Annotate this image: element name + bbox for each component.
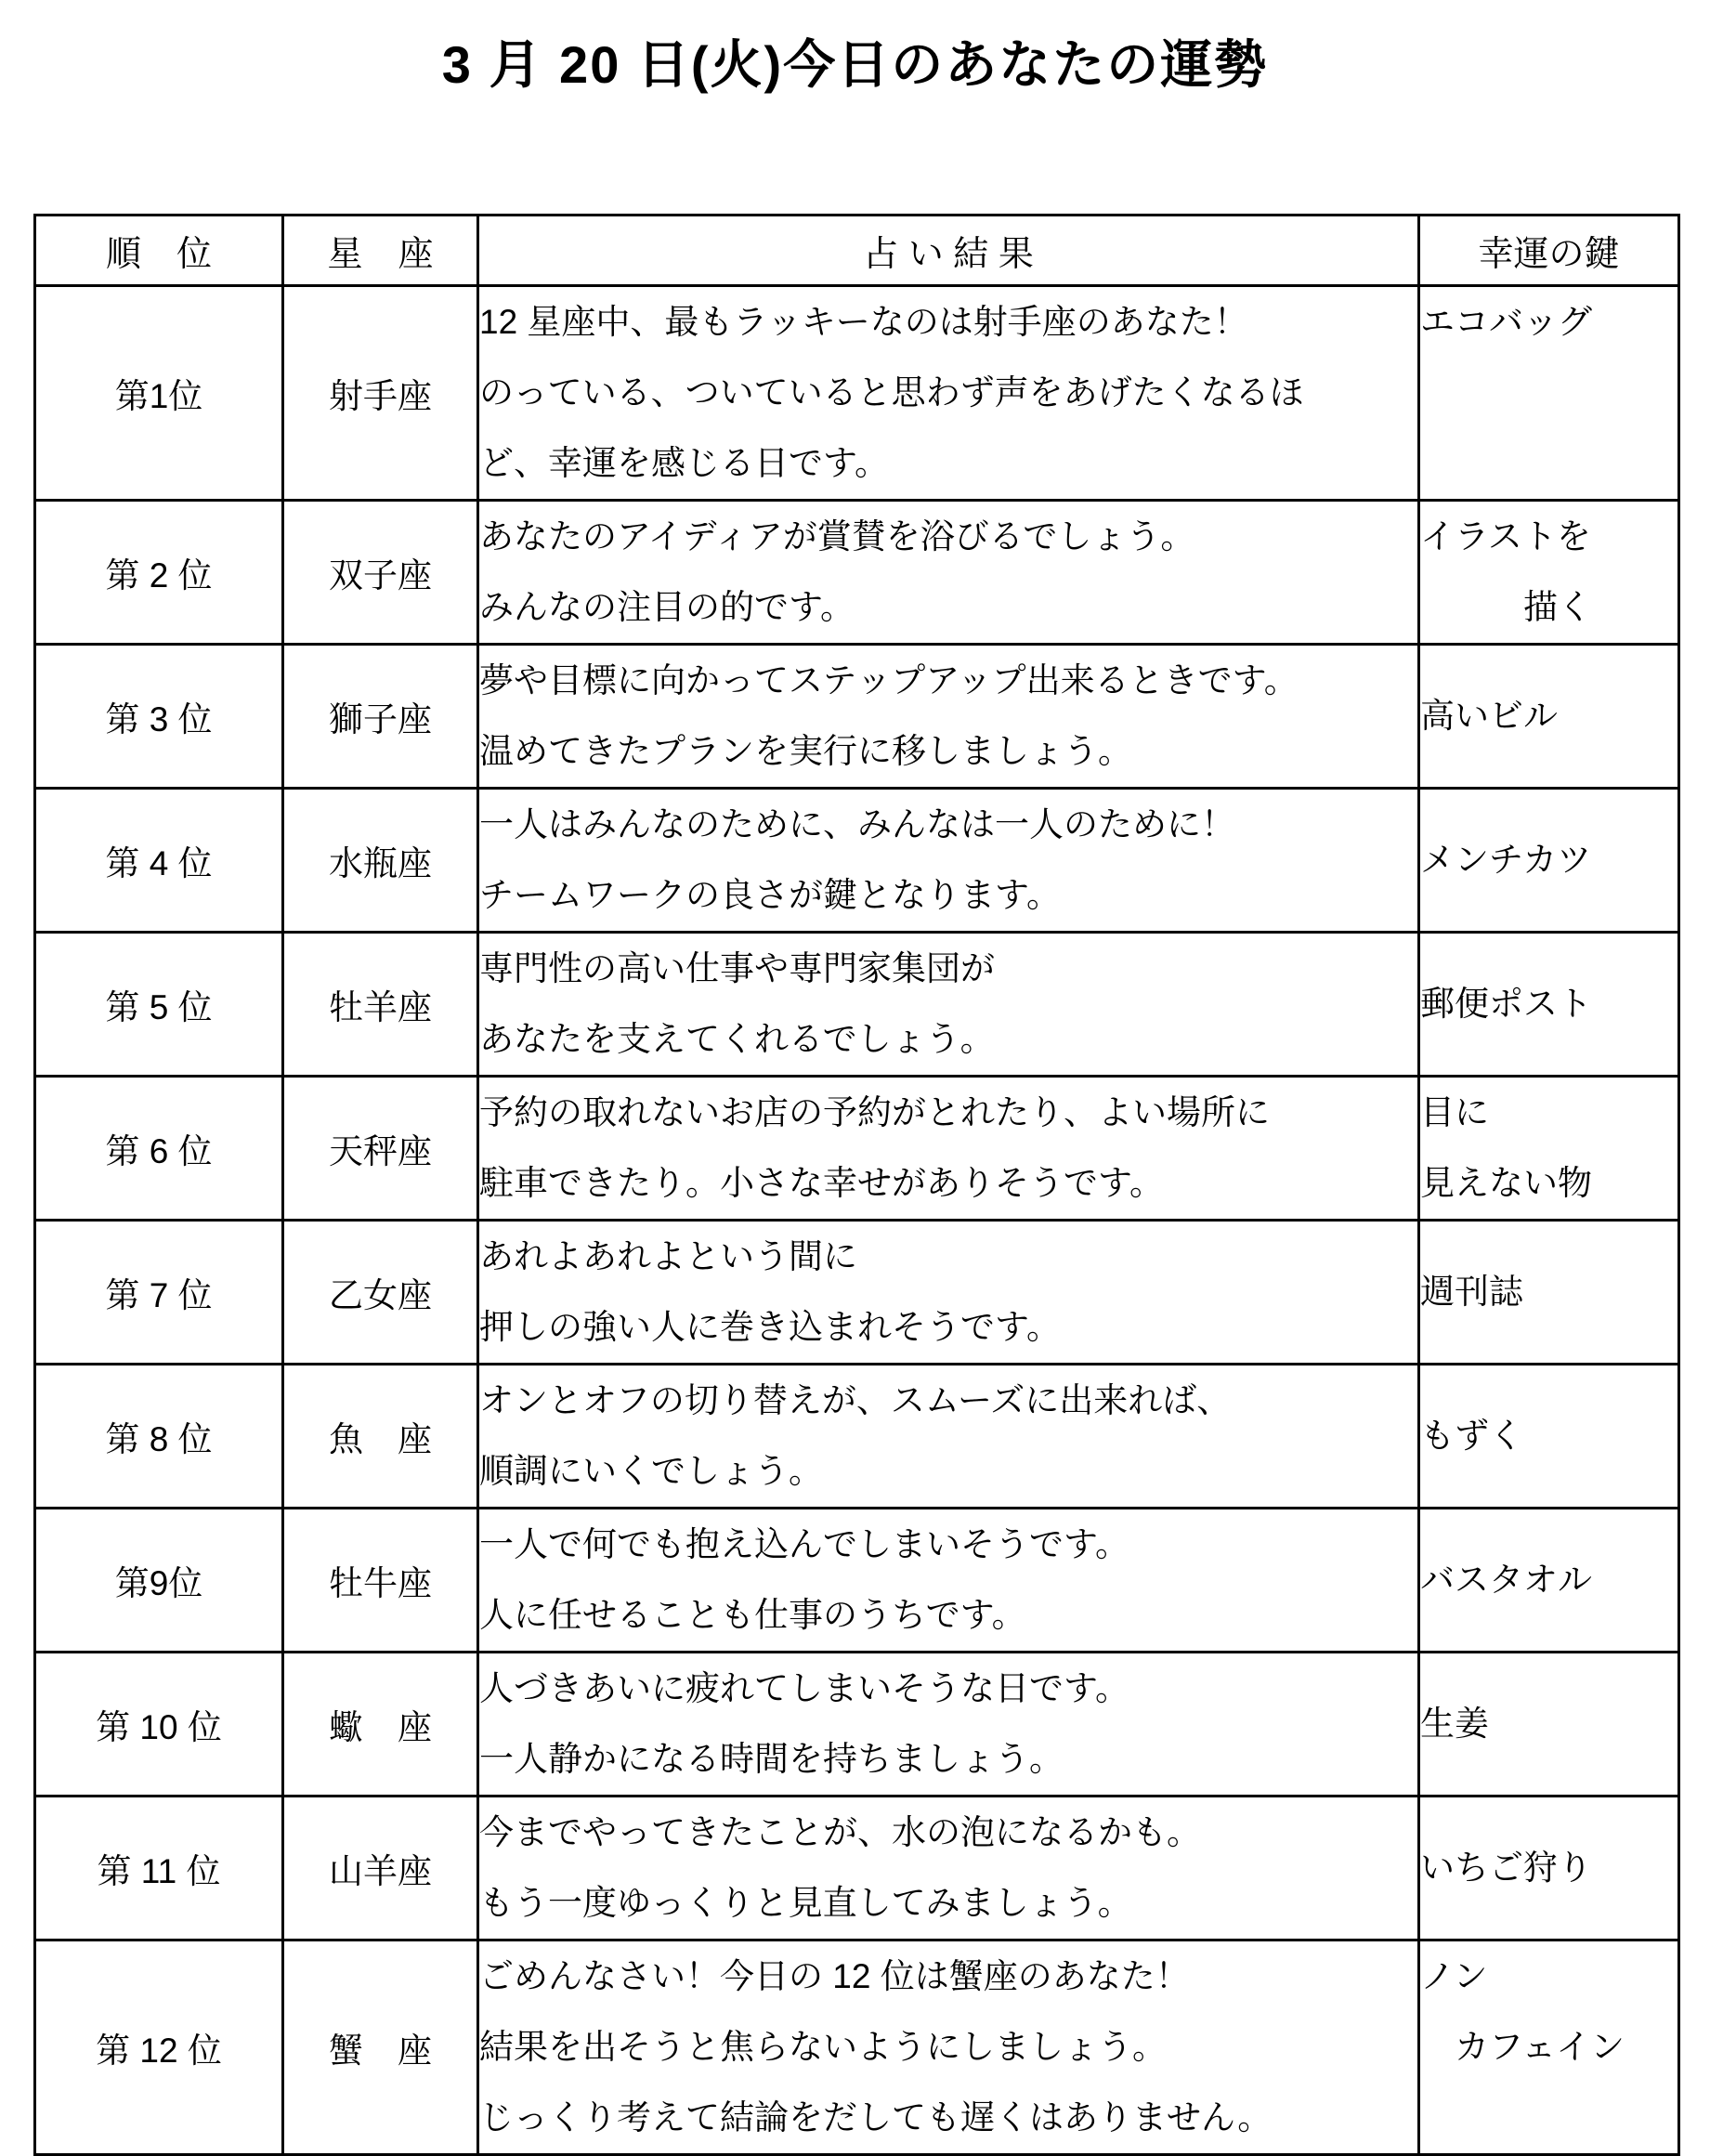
table-row: 第 10 位蠍 座人づきあいに疲れてしまいそうな日です。一人静かになる時間を持ち…	[35, 1653, 1679, 1797]
lucky-key-cell: ノン カフェイン	[1419, 1940, 1679, 2155]
lucky-key-line: 目に	[1420, 1078, 1677, 1148]
table-row: 第 5 位牡羊座専門性の高い仕事や専門家集団があなたを支えてくれるでしょう。郵便…	[35, 933, 1679, 1077]
sign-cell: 天秤座	[283, 1077, 478, 1221]
fortune-line: ごめんなさい！今日の 12 位は蟹座のあなた！	[479, 1941, 1417, 2012]
sign-cell: 蠍 座	[283, 1653, 478, 1797]
rank-cell: 第 3 位	[35, 645, 283, 789]
table-row: 第9位牡牛座一人で何でも抱え込んでしまいそうです。人に任せることも仕事のうちです…	[35, 1509, 1679, 1653]
lucky-key-cell: エコバッグ	[1419, 286, 1679, 501]
rank-cell: 第 4 位	[35, 789, 283, 933]
table-row: 第 4 位水瓶座一人はみんなのために、みんなは一人のために！チームワークの良さが…	[35, 789, 1679, 933]
fortune-line: 12 星座中、最もラッキーなのは射手座のあなた！	[479, 287, 1417, 358]
lucky-key-line: エコバッグ	[1420, 287, 1677, 358]
fortune-line: オンとオフの切り替えが、スムーズに出来れば、	[479, 1365, 1417, 1436]
document-page: { "page": { "title": "3 月 20 日(火)今日のあなたの…	[0, 0, 1710, 2134]
rank-cell: 第 12 位	[35, 1940, 283, 2155]
fortune-line: のっている、ついていると思わず声をあげたくなるほ	[479, 358, 1417, 428]
fortune-line: じっくり考えて結論をだしても遅くはありません。	[479, 2083, 1417, 2153]
lucky-key-line: いちご狩り	[1420, 1833, 1677, 1903]
fortune-line: 予約の取れないお店の予約がとれたり、よい場所に	[479, 1078, 1417, 1148]
fortune-cell: 専門性の高い仕事や専門家集団があなたを支えてくれるでしょう。	[478, 933, 1419, 1077]
sign-cell: 獅子座	[283, 645, 478, 789]
fortune-line: 順調にいくでしょう。	[479, 1436, 1417, 1507]
sign-cell: 双子座	[283, 501, 478, 645]
fortune-cell: 一人で何でも抱え込んでしまいそうです。人に任せることも仕事のうちです。	[478, 1509, 1419, 1653]
lucky-key-cell: 郵便ポスト	[1419, 933, 1679, 1077]
lucky-key-line: 生姜	[1420, 1689, 1677, 1759]
fortune-line: チームワークの良さが鍵となります。	[479, 860, 1417, 931]
fortune-line: あなたのアイディアが賞賛を浴びるでしょう。	[479, 502, 1417, 572]
lucky-key-line: 郵便ポスト	[1420, 969, 1677, 1039]
rank-cell: 第 2 位	[35, 501, 283, 645]
rank-cell: 第 5 位	[35, 933, 283, 1077]
lucky-key-cell: いちご狩り	[1419, 1797, 1679, 1940]
rank-cell: 第 8 位	[35, 1365, 283, 1509]
rank-cell: 第 6 位	[35, 1077, 283, 1221]
table-row: 第 6 位天秤座予約の取れないお店の予約がとれたり、よい場所に駐車できたり。小さ…	[35, 1077, 1679, 1221]
lucky-key-cell: イラストを 描く	[1419, 501, 1679, 645]
header-sign: 星 座	[283, 216, 478, 286]
fortune-line: 人に任せることも仕事のうちです。	[479, 1580, 1417, 1651]
fortune-line: 一人で何でも抱え込んでしまいそうです。	[479, 1509, 1417, 1580]
fortune-cell: 今までやってきたことが、水の泡になるかも。もう一度ゆっくりと見直してみましょう。	[478, 1797, 1419, 1940]
lucky-key-cell: 高いビル	[1419, 645, 1679, 789]
lucky-key-cell: バスタオル	[1419, 1509, 1679, 1653]
fortune-line: 人づきあいに疲れてしまいそうな日です。	[479, 1653, 1417, 1724]
fortune-line: 駐車できたり。小さな幸せがありそうです。	[479, 1148, 1417, 1219]
fortune-cell: 12 星座中、最もラッキーなのは射手座のあなた！のっている、ついていると思わず声…	[478, 286, 1419, 501]
fortune-line: 夢や目標に向かってステップアップ出来るときです。	[479, 646, 1417, 716]
sign-cell: 魚 座	[283, 1365, 478, 1509]
lucky-key-line: 週刊誌	[1420, 1257, 1677, 1327]
fortune-line: あなたを支えてくれるでしょう。	[479, 1004, 1417, 1075]
lucky-key-cell: 週刊誌	[1419, 1221, 1679, 1365]
sign-cell: 牡牛座	[283, 1509, 478, 1653]
lucky-key-line: メンチカツ	[1420, 825, 1677, 895]
lucky-key-line: イラストを	[1420, 502, 1677, 572]
lucky-key-line: 描く	[1420, 572, 1677, 643]
fortune-line: 今までやってきたことが、水の泡になるかも。	[479, 1797, 1417, 1868]
page-title: 3 月 20 日(火)今日のあなたの運勢	[0, 24, 1710, 98]
lucky-key-line: もずく	[1420, 1401, 1677, 1471]
lucky-key-line: ノン	[1420, 1941, 1677, 2012]
fortune-line: 一人静かになる時間を持ちましょう。	[479, 1724, 1417, 1795]
sign-cell: 乙女座	[283, 1221, 478, 1365]
fortune-table: 順 位 星 座 占 い 結 果 幸運の鍵 第1位射手座12 星座中、最もラッキー…	[33, 214, 1680, 2156]
fortune-line: 専門性の高い仕事や専門家集団が	[479, 934, 1417, 1004]
table-header-row: 順 位 星 座 占 い 結 果 幸運の鍵	[35, 216, 1679, 286]
lucky-key-line: 見えない物	[1420, 1148, 1677, 1219]
fortune-cell: あなたのアイディアが賞賛を浴びるでしょう。みんなの注目の的です。	[478, 501, 1419, 645]
fortune-cell: 一人はみんなのために、みんなは一人のために！チームワークの良さが鍵となります。	[478, 789, 1419, 933]
sign-cell: 蟹 座	[283, 1940, 478, 2155]
lucky-key-line: 高いビル	[1420, 681, 1677, 751]
lucky-key-cell: もずく	[1419, 1365, 1679, 1509]
fortune-table-container: 順 位 星 座 占 い 結 果 幸運の鍵 第1位射手座12 星座中、最もラッキー…	[33, 214, 1680, 2156]
lucky-key-cell: メンチカツ	[1419, 789, 1679, 933]
fortune-cell: 予約の取れないお店の予約がとれたり、よい場所に駐車できたり。小さな幸せがありそう…	[478, 1077, 1419, 1221]
fortune-line: 一人はみんなのために、みんなは一人のために！	[479, 790, 1417, 860]
table-row: 第 3 位獅子座夢や目標に向かってステップアップ出来るときです。温めてきたプラン…	[35, 645, 1679, 789]
rank-cell: 第 10 位	[35, 1653, 283, 1797]
lucky-key-cell: 目に見えない物	[1419, 1077, 1679, 1221]
header-fortune-result: 占 い 結 果	[478, 216, 1419, 286]
fortune-line: 結果を出そうと焦らないようにしましょう。	[479, 2012, 1417, 2083]
sign-cell: 射手座	[283, 286, 478, 501]
fortune-cell: ごめんなさい！今日の 12 位は蟹座のあなた！結果を出そうと焦らないようにしまし…	[478, 1940, 1419, 2155]
rank-cell: 第 11 位	[35, 1797, 283, 1940]
sign-cell: 牡羊座	[283, 933, 478, 1077]
fortune-cell: あれよあれよという間に押しの強い人に巻き込まれそうです。	[478, 1221, 1419, 1365]
header-rank: 順 位	[35, 216, 283, 286]
lucky-key-line: カフェイン	[1420, 2012, 1677, 2083]
fortune-line: ど、幸運を感じる日です。	[479, 428, 1417, 499]
lucky-key-line: バスタオル	[1420, 1545, 1677, 1615]
table-row: 第1位射手座12 星座中、最もラッキーなのは射手座のあなた！のっている、ついてい…	[35, 286, 1679, 501]
fortune-cell: 人づきあいに疲れてしまいそうな日です。一人静かになる時間を持ちましょう。	[478, 1653, 1419, 1797]
rank-cell: 第 7 位	[35, 1221, 283, 1365]
table-row: 第 12 位蟹 座ごめんなさい！今日の 12 位は蟹座のあなた！結果を出そうと焦…	[35, 1940, 1679, 2155]
fortune-line: もう一度ゆっくりと見直してみましょう。	[479, 1868, 1417, 1939]
fortune-line: みんなの注目の的です。	[479, 572, 1417, 643]
fortune-line: 温めてきたプランを実行に移しましょう。	[479, 716, 1417, 787]
table-row: 第 11 位山羊座今までやってきたことが、水の泡になるかも。もう一度ゆっくりと見…	[35, 1797, 1679, 1940]
fortune-line: あれよあれよという間に	[479, 1222, 1417, 1292]
fortune-cell: 夢や目標に向かってステップアップ出来るときです。温めてきたプランを実行に移しまし…	[478, 645, 1419, 789]
lucky-key-cell: 生姜	[1419, 1653, 1679, 1797]
sign-cell: 山羊座	[283, 1797, 478, 1940]
table-row: 第 2 位双子座あなたのアイディアが賞賛を浴びるでしょう。みんなの注目の的です。…	[35, 501, 1679, 645]
fortune-cell: オンとオフの切り替えが、スムーズに出来れば、順調にいくでしょう。	[478, 1365, 1419, 1509]
sign-cell: 水瓶座	[283, 789, 478, 933]
fortune-line: 押しの強い人に巻き込まれそうです。	[479, 1292, 1417, 1363]
table-row: 第 7 位乙女座あれよあれよという間に押しの強い人に巻き込まれそうです。週刊誌	[35, 1221, 1679, 1365]
rank-cell: 第9位	[35, 1509, 283, 1653]
table-row: 第 8 位魚 座オンとオフの切り替えが、スムーズに出来れば、順調にいくでしょう。…	[35, 1365, 1679, 1509]
header-lucky-key: 幸運の鍵	[1419, 216, 1679, 286]
rank-cell: 第1位	[35, 286, 283, 501]
